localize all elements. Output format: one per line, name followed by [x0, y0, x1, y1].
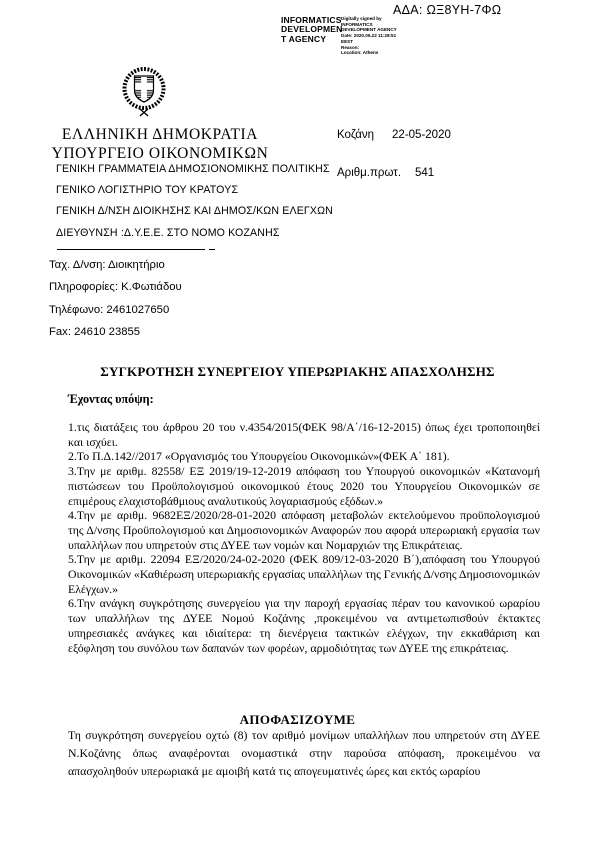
- having-regard-label: Έχοντας υπόψη:: [68, 392, 154, 407]
- place-date: Κοζάνη22-05-2020: [337, 129, 451, 141]
- separator-line: [57, 249, 205, 250]
- protocol-label: Αριθμ.πρωτ.: [337, 167, 401, 179]
- digital-signature-stamp: INFORMATICS DEVELOPMEN T AGENCY Digitall…: [281, 16, 436, 56]
- separator-dash: [209, 249, 215, 250]
- consideration-item: 1.τις διατάξεις του άρθρου 20 του ν.4354…: [68, 420, 540, 449]
- ada-code: ΑΔΑ: ΩΞ8ΥΗ-7ΦΩ: [393, 3, 501, 17]
- contact-phone: Τηλέφωνο: 2461027650: [49, 299, 182, 321]
- place: Κοζάνη: [337, 129, 374, 141]
- document-page: ΑΔΑ: ΩΞ8ΥΗ-7ΦΩ INFORMATICS DEVELOPMEN T …: [0, 0, 595, 842]
- decision-heading: ΑΠΟΦΑΣΙΖΟΥΜΕ: [60, 712, 535, 728]
- contact-fax: Fax: 24610 23855: [49, 321, 182, 343]
- header-departments: ΓΕΝΙΚΗ ΓΡΑΜΜΑΤΕΙΑ ΔΗΜΟΣΙΟΝΟΜΙΚΗΣ ΠΟΛΙΤΙΚ…: [56, 159, 333, 244]
- stamp-agency-name: INFORMATICS DEVELOPMEN T AGENCY: [281, 16, 337, 44]
- contact-address: Ταχ. Δ/νση: Διοικητήριο: [49, 254, 182, 276]
- consideration-item: 4.Την με αριθμ. 9682ΕΞ/2020/28-01-2020 α…: [68, 508, 540, 552]
- consideration-item: 6.Την ανάγκη συγκρότησης συνεργείου για …: [68, 596, 540, 655]
- decision-text: Τη συγκρότηση συνεργείου οχτώ (8) τον αρ…: [68, 727, 540, 780]
- protocol-value: 541: [415, 167, 434, 179]
- department-line: ΔΙΕΥΘΥΝΣΗ :Δ.Υ.Ε.Ε. ΣΤΟ ΝΟΜΟ ΚΟΖΑΝΗΣ: [56, 223, 333, 244]
- department-line: ΓΕΝΙΚΗ Δ/ΝΣΗ ΔΙΟΙΚΗΣΗΣ ΚΑΙ ΔΗΜΟΣ/ΚΩΝ ΕΛΕ…: [56, 201, 333, 222]
- stamp-detail-line: Location: Athens: [341, 50, 436, 56]
- date: 22-05-2020: [392, 129, 451, 141]
- department-line: ΓΕΝΙΚΟ ΛΟΓΙΣΤΗΡΙΟ ΤΟΥ ΚΡΑΤΟΥΣ: [56, 180, 333, 201]
- contact-person: Πληροφορίες: Κ.Φωτιάδου: [49, 276, 182, 298]
- consideration-item: 3.Την με αριθμ. 82558/ ΕΞ 2019/19-12-201…: [68, 464, 540, 508]
- consideration-item: 2.Το Π.Δ.142//2017 «Οργανισμός του Υπουρ…: [68, 449, 540, 464]
- department-line: ΓΕΝΙΚΗ ΓΡΑΜΜΑΤΕΙΑ ΔΗΜΟΣΙΟΝΟΜΙΚΗΣ ΠΟΛΙΤΙΚ…: [56, 159, 333, 180]
- stamp-signature-details: Digitally signed by INFORMATICS DEVELOPM…: [341, 16, 436, 56]
- consideration-item: 5.Την με αριθμ. 22094 ΕΞ/2020/24-02-2020…: [68, 552, 540, 596]
- contact-block: Ταχ. Δ/νση: Διοικητήριο Πληροφορίες: Κ.Φ…: [49, 254, 182, 343]
- greek-emblem-icon: [120, 66, 168, 123]
- document-title: ΣΥΓΚΡΟΤΗΣΗ ΣΥΝΕΡΓΕΙΟΥ ΥΠΕΡΩΡΙΑΚΗΣ ΑΠΑΣΧΟ…: [60, 364, 535, 380]
- stamp-agency-line: T AGENCY: [281, 35, 337, 44]
- protocol-number: Αριθμ.πρωτ.541: [337, 167, 434, 179]
- header-republic: ΕΛΛΗΝΙΚΗ ΔΗΜΟΚΡΑΤΙΑ: [28, 126, 292, 144]
- considerations-list: 1.τις διατάξεις του άρθρου 20 του ν.4354…: [68, 420, 540, 655]
